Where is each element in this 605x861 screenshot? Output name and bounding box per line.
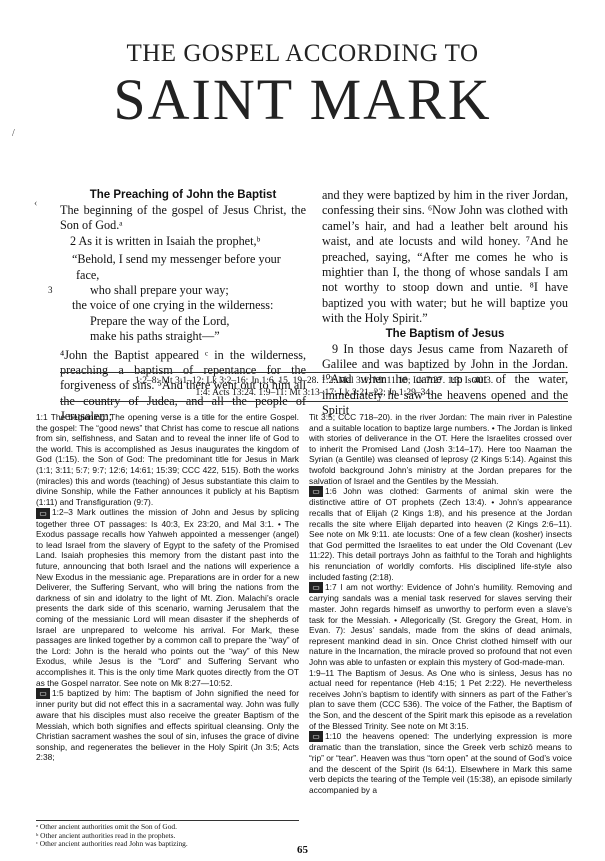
poem-line: “Behold, I send my messenger before your…: [72, 252, 306, 283]
verse-1: The beginning of the gospel of Jesus Chr…: [60, 203, 306, 234]
open-book-icon: ▭: [309, 582, 323, 593]
note: ▭1:7 I am not worthy: Evidence of John’s…: [309, 582, 572, 667]
note: 1:1 The beginning: The opening verse is …: [36, 412, 299, 507]
title-kicker: THE GOSPEL ACCORDING TO: [0, 40, 605, 68]
section-heading: The Preaching of John the Baptist: [60, 188, 306, 203]
note: ▭1:6 John was clothed: Garments of anima…: [309, 486, 572, 582]
poem-line: Prepare the way of the Lord,: [72, 314, 306, 329]
open-book-icon: ▭: [36, 508, 50, 519]
commentary-left-column: 1:1 The beginning: The opening verse is …: [36, 412, 299, 795]
margin-mark: ‹: [34, 198, 37, 209]
open-book-icon: ▭: [36, 688, 50, 699]
quotation: “Behold, I send my messenger before your…: [60, 252, 306, 344]
note: Tit 3:5; CCC 718–20). in the river Jorda…: [309, 412, 572, 486]
poem-line: the voice of one crying in the wildernes…: [72, 298, 306, 313]
note: ▭1:10 the heavens opened: The underlying…: [309, 731, 572, 795]
xref-line: 1:4: Acts 13:24. 1:9–11: Mt 3:13–17; Lk …: [60, 387, 568, 399]
page-title: SAINT MARK: [0, 66, 605, 133]
open-book-icon: ▭: [309, 731, 323, 742]
section-heading: The Baptism of Jesus: [322, 327, 568, 342]
note: 1:9–11 The Baptism of Jesus. As One who …: [309, 668, 572, 732]
poem-line: make his paths straight—”: [72, 329, 306, 344]
verses-5-8: and they were baptized by him in the riv…: [322, 188, 568, 327]
commentary-right-column: Tit 3:5; CCC 718–20). in the river Jorda…: [309, 412, 572, 795]
margin-mark: /: [12, 128, 15, 139]
commentary: 1:1 The beginning: The opening verse is …: [36, 412, 572, 795]
xref-line: 1:2–8: Mt 3:1–12; Lk 3:2–16; Jn 1:6, 15,…: [60, 375, 568, 387]
note: ▭1:2–3 Mark outlines the mission of John…: [36, 507, 299, 688]
poem-line: who shall prepare your way;: [72, 283, 306, 298]
page-number: 65: [0, 844, 605, 856]
cross-references: 1:2–8: Mt 3:1–12; Lk 3:2–16; Jn 1:6, 15,…: [60, 372, 568, 402]
note: ▭1:5 baptized by him: The baptism of Joh…: [36, 688, 299, 763]
verse-2: 2 As it is written in Isaiah the prophet…: [60, 234, 306, 249]
open-book-icon: ▭: [309, 486, 323, 497]
verse-number: 3: [48, 283, 53, 298]
